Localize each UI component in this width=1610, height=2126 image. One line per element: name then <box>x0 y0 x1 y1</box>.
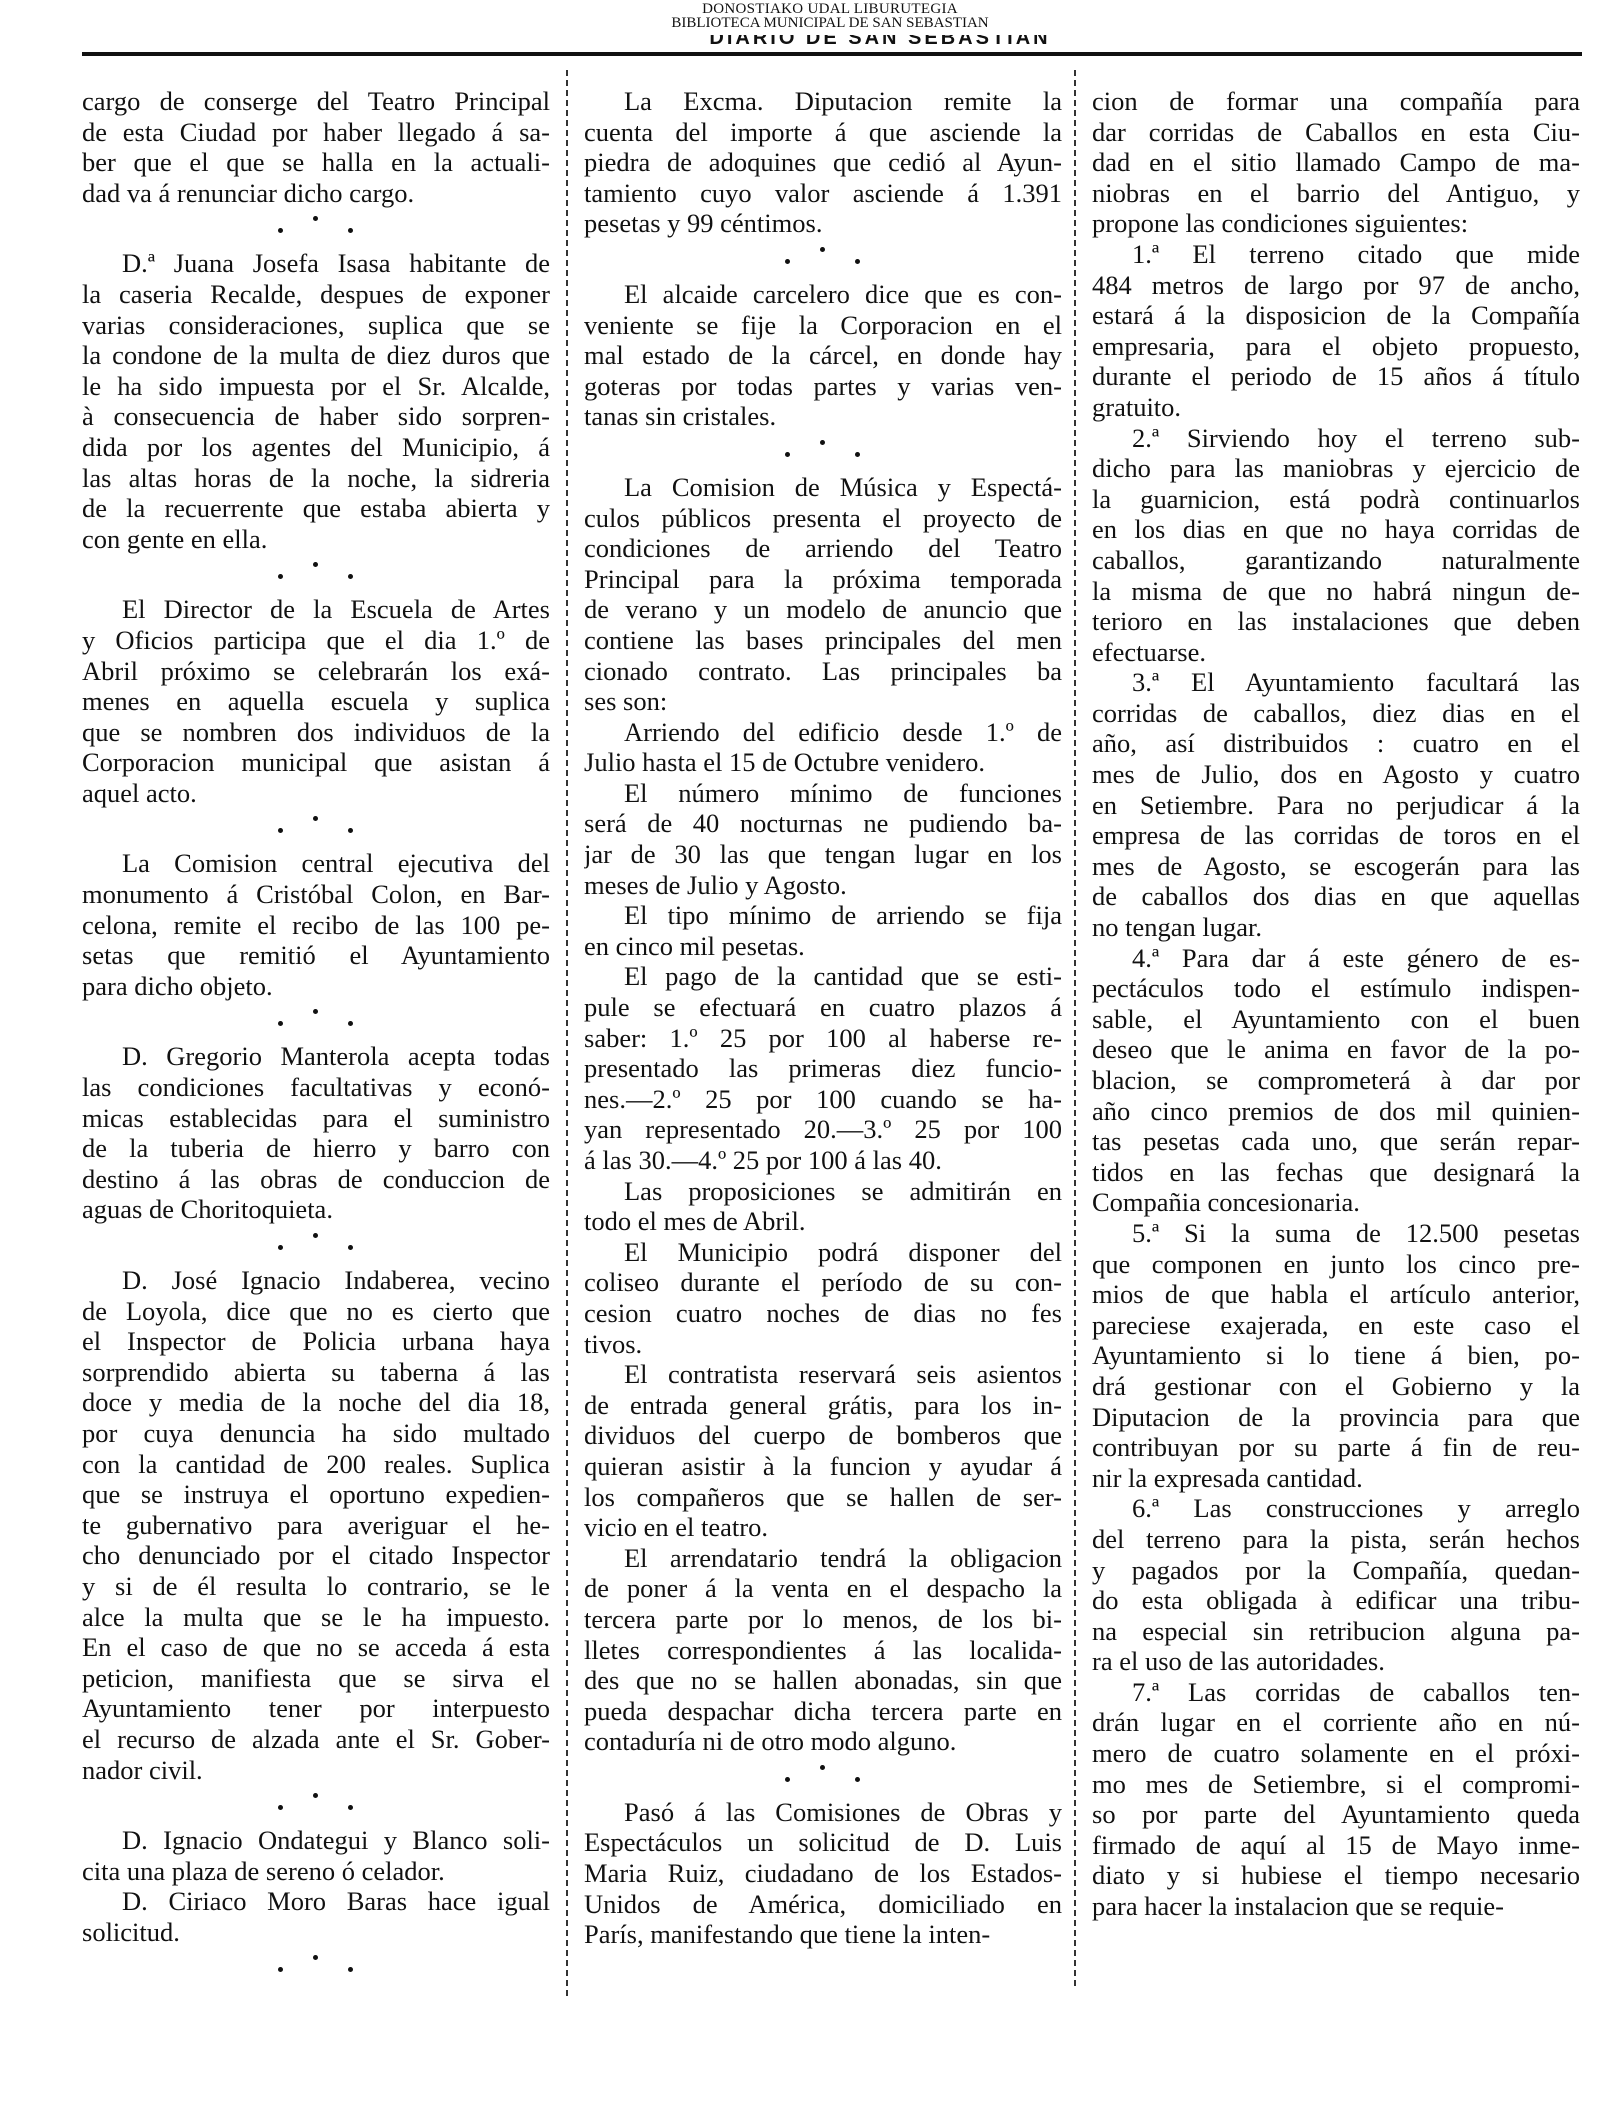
column-3: cion de formar una compañía paradar corr… <box>1092 86 1580 1922</box>
text-line: contiene las bases principales del men <box>584 625 1062 656</box>
separator-dot <box>278 828 283 833</box>
text-line: cita una plaza de sereno ó celador. <box>82 1856 550 1887</box>
text-line: 1.ª El terreno citado que mide <box>1092 239 1580 270</box>
text-line: drá gestionar con el Gobierno y la <box>1092 1371 1580 1402</box>
separator-dot <box>278 574 283 579</box>
paragraph: D. Ciriaco Moro Baras hace igualsolicitu… <box>82 1886 550 1947</box>
separator-dot <box>855 452 860 457</box>
separator-dot <box>313 562 318 567</box>
text-line: nador civil. <box>82 1755 550 1786</box>
text-line: micas establecidas para el suministro <box>82 1103 550 1134</box>
text-line: mero de cuatro solamente en el próxi- <box>1092 1738 1580 1769</box>
text-line: veniente se fije la Corporacion en el <box>584 310 1062 341</box>
paragraph: cion de formar una compañía paradar corr… <box>1092 86 1580 239</box>
text-line: la guarnicion, está podrà continuarlos <box>1092 484 1580 515</box>
text-line: D. Gregorio Manterola acepta todas <box>82 1041 550 1072</box>
text-line: sorprendido abierta su taberna á las <box>82 1357 550 1388</box>
text-line: El pago de la cantidad que se esti- <box>584 961 1062 992</box>
text-line: quieran asistir à la funcion y ayudar á <box>584 1451 1062 1482</box>
text-line: de la recuerrente que estaba abierta y <box>82 493 550 524</box>
paragraph: 7.ª Las corridas de caballos ten-drán lu… <box>1092 1677 1580 1922</box>
paragraph: D.ª Juana Josefa Isasa habitante dela ca… <box>82 248 550 554</box>
text-line: Julio hasta el 15 de Octubre venidero. <box>584 747 1062 778</box>
text-line: peticion, manifiesta que se sirva el <box>82 1663 550 1694</box>
text-line: empresa de las corridas de toros en el <box>1092 820 1580 851</box>
separator-dot <box>313 216 318 221</box>
text-line: la misma de que no habrá ningun de- <box>1092 576 1580 607</box>
text-line: tercera parte por lo menos, de los bi- <box>584 1604 1062 1635</box>
text-line: El Municipio podrá disponer del <box>584 1237 1062 1268</box>
text-line: 7.ª Las corridas de caballos ten- <box>1092 1677 1580 1708</box>
text-line: D. José Ignacio Indaberea, vecino <box>82 1265 550 1296</box>
section-separator <box>82 1947 550 1987</box>
separator-dot <box>278 1245 283 1250</box>
separator-dot <box>348 228 353 233</box>
text-line: La Comision de Música y Espectá- <box>584 472 1062 503</box>
text-line: caballos, garantizando naturalmente <box>1092 545 1580 576</box>
text-line: que se instruya el oportuno expedien- <box>82 1479 550 1510</box>
library-stamp-spanish: BIBLIOTECA MUNICIPAL DE SAN SEBASTIAN <box>600 16 1060 30</box>
text-line: El Director de la Escuela de Artes <box>82 594 550 625</box>
text-line: 5.ª Si la suma de 12.500 pesetas <box>1092 1218 1580 1249</box>
text-line: á las 30.—4.º 25 por 100 á las 40. <box>584 1145 1062 1176</box>
text-line: contaduría ni de otro modo alguno. <box>584 1726 1062 1757</box>
separator-dot <box>278 1805 283 1810</box>
text-line: estará á la disposicion de la Compañía <box>1092 300 1580 331</box>
text-line: dad en el sitio llamado Campo de ma- <box>1092 147 1580 178</box>
paragraph: 6.ª Las construcciones y arreglodel terr… <box>1092 1493 1580 1677</box>
text-line: tas pesetas cada uno, que serán repar- <box>1092 1126 1580 1157</box>
section-separator <box>82 808 550 848</box>
text-line: en Setiembre. Para no perjudicar á la <box>1092 790 1580 821</box>
text-line: La Comision central ejecutiva del <box>82 848 550 879</box>
text-line: la condone de la multa de diez duros que <box>82 340 550 371</box>
text-line: mes de Julio, dos en Agosto y cuatro <box>1092 759 1580 790</box>
separator-dot <box>278 228 283 233</box>
text-line: saber: 1.º 25 por 100 al haberse re- <box>584 1023 1062 1054</box>
text-line: que se nombren dos individuos de la <box>82 717 550 748</box>
paragraph: D. Gregorio Manterola acepta todaslas co… <box>82 1041 550 1225</box>
text-line: no tengan lugar. <box>1092 912 1580 943</box>
separator-dot <box>313 816 318 821</box>
text-line: Unidos de América, domiciliado en <box>584 1889 1062 1920</box>
text-line: El contratista reservará seis asientos <box>584 1359 1062 1390</box>
paragraph: La Comision central ejecutiva delmonumen… <box>82 848 550 1001</box>
text-line: de verano y un modelo de anuncio que <box>584 594 1062 625</box>
paragraph: El contratista reservará seis asientosde… <box>584 1359 1062 1543</box>
text-line: D. Ignacio Ondategui y Blanco soli- <box>82 1825 550 1856</box>
text-line: blacion, se comprometerá à dar por <box>1092 1065 1580 1096</box>
text-line: terioro en las instalaciones que deben <box>1092 606 1580 637</box>
text-line: te gubernativo para averiguar el he- <box>82 1510 550 1541</box>
text-line: mo mes de Setiembre, si el compromi- <box>1092 1769 1580 1800</box>
text-line: à consecuencia de haber sido sorpren- <box>82 401 550 432</box>
text-line: El alcaide carcelero dice que es con- <box>584 279 1062 310</box>
text-line: de poner á la venta en el despacho la <box>584 1573 1062 1604</box>
text-line: solicitud. <box>82 1917 550 1948</box>
text-line: las condiciones facultativas y econó- <box>82 1072 550 1103</box>
paragraph: Arriendo del edificio desde 1.º deJulio … <box>584 717 1062 778</box>
text-line: nir la expresada cantidad. <box>1092 1463 1580 1494</box>
separator-dot <box>278 1967 283 1972</box>
text-line: empresaria, para el objeto propuesto, <box>1092 331 1580 362</box>
separator-dot <box>785 1777 790 1782</box>
text-line: y Oficios participa que el dia 1.º de <box>82 625 550 656</box>
separator-dot <box>348 1245 353 1250</box>
text-line: el Inspector de Policia urbana haya <box>82 1326 550 1357</box>
text-line: será de 40 nocturnas ne pudiendo ba- <box>584 808 1062 839</box>
paragraph: La Excma. Diputacion remite lacuenta del… <box>584 86 1062 239</box>
text-line: Principal para la próxima temporada <box>584 564 1062 595</box>
text-line: cion de formar una compañía para <box>1092 86 1580 117</box>
text-line: meses de Julio y Agosto. <box>584 870 1062 901</box>
text-line: Ayuntamiento tener por interpuesto <box>82 1693 550 1724</box>
text-line: El arrendatario tendrá la obligacion <box>584 1543 1062 1574</box>
separator-dot <box>313 1233 318 1238</box>
text-line: contribuyan por su parte á fin de reu- <box>1092 1432 1580 1463</box>
separator-dot <box>820 247 825 252</box>
text-line: Maria Ruiz, ciudadano de los Estados- <box>584 1858 1062 1889</box>
separator-dot <box>348 1805 353 1810</box>
text-line: corridas de caballos, diez dias en el <box>1092 698 1580 729</box>
text-line: jar de 30 las que tengan lugar en los <box>584 839 1062 870</box>
text-line: yan representado 20.—3.º 25 por 100 <box>584 1114 1062 1145</box>
section-separator <box>82 1001 550 1041</box>
text-line: dividuos del cuerpo de bomberos que <box>584 1420 1062 1451</box>
text-line: lletes correspondientes á las localida- <box>584 1635 1062 1666</box>
text-line: nes.—2.º 25 por 100 cuando se ha- <box>584 1084 1062 1115</box>
text-line: dad va á renunciar dicho cargo. <box>82 178 550 209</box>
column-divider-left <box>566 70 568 2000</box>
column-1: cargo de conserge del Teatro Principalde… <box>82 86 550 1987</box>
text-line: y pagados por la Compañía, quedan- <box>1092 1555 1580 1586</box>
text-line: mios de que habla el artículo anterior, <box>1092 1279 1580 1310</box>
paragraph: D. José Ignacio Indaberea, vecinode Loyo… <box>82 1265 550 1785</box>
text-line: con gente en ella. <box>82 524 550 555</box>
text-line: na especial sin retribucion alguna pa- <box>1092 1616 1580 1647</box>
text-line: y si de él resulta lo contrario, se le <box>82 1571 550 1602</box>
text-line: pesetas y 99 céntimos. <box>584 208 1062 239</box>
paragraph: El Director de la Escuela de Artesy Ofic… <box>82 594 550 808</box>
text-line: ses son: <box>584 686 1062 717</box>
section-separator <box>584 239 1062 279</box>
section-separator <box>82 554 550 594</box>
text-line: aquel acto. <box>82 778 550 809</box>
page-header: DONOSTIAKO UDAL LIBURUTEGIA BIBLIOTECA M… <box>0 0 1610 60</box>
paragraph: El tipo mínimo de arriendo se fijaen cin… <box>584 900 1062 961</box>
text-line: dicho para las maniobras y ejercicio de <box>1092 453 1580 484</box>
paragraph: cargo de conserge del Teatro Principalde… <box>82 86 550 208</box>
text-line: Espectáculos un solicitud de D. Luis <box>584 1827 1062 1858</box>
section-separator <box>584 432 1062 472</box>
text-line: París, manifestando que tiene la inten- <box>584 1919 1062 1950</box>
text-line: para hacer la instalacion que se requie- <box>1092 1891 1580 1922</box>
text-line: monumento á Cristóbal Colon, en Bar- <box>82 879 550 910</box>
text-line: de caballos dos dias en que aquellas <box>1092 881 1580 912</box>
text-line: cesion cuatro noches de dias no fes <box>584 1298 1062 1329</box>
separator-dot <box>348 828 353 833</box>
text-line: por cuya denuncia ha sido multado <box>82 1418 550 1449</box>
text-line: efectuarse. <box>1092 637 1580 668</box>
section-separator <box>82 1225 550 1265</box>
text-line: gratuito. <box>1092 392 1580 423</box>
text-line: cargo de conserge del Teatro Principal <box>82 86 550 117</box>
text-line: setas que remitió el Ayuntamiento <box>82 940 550 971</box>
paragraph: El pago de la cantidad que se esti-pule … <box>584 961 1062 1175</box>
text-line: pule se efectuará en cuatro plazos á <box>584 992 1062 1023</box>
text-line: Las proposiciones se admitirán en <box>584 1176 1062 1207</box>
text-line: mes de Agosto, se escogerán para las <box>1092 851 1580 882</box>
separator-dot <box>278 1021 283 1026</box>
text-line: deseo que le anima en favor de la po- <box>1092 1034 1580 1065</box>
text-line: de la tuberia de hierro y barro con <box>82 1133 550 1164</box>
paragraph: Pasó á las Comisiones de Obras yEspectác… <box>584 1797 1062 1950</box>
text-line: 484 metros de largo por 97 de ancho, <box>1092 270 1580 301</box>
text-line: destino á las obras de conduccion de <box>82 1164 550 1195</box>
text-line: de entrada general grátis, para los in- <box>584 1390 1062 1421</box>
separator-dot <box>855 1777 860 1782</box>
text-line: varias consideraciones, suplica que se <box>82 310 550 341</box>
text-line: cionado contrato. Las principales ba <box>584 656 1062 687</box>
text-line: 6.ª Las construcciones y arreglo <box>1092 1493 1580 1524</box>
column-2: La Excma. Diputacion remite lacuenta del… <box>584 86 1062 1950</box>
text-line: des que no se hallen abonadas, sin que <box>584 1665 1062 1696</box>
text-line: del terreno para la pista, serán hechos <box>1092 1524 1580 1555</box>
paragraph: El arrendatario tendrá la obligacionde p… <box>584 1543 1062 1757</box>
paragraph: El Municipio podrá disponer delcoliseo d… <box>584 1237 1062 1359</box>
separator-dot <box>820 1765 825 1770</box>
separator-dot <box>348 1967 353 1972</box>
text-line: 4.ª Para dar á este género de es- <box>1092 943 1580 974</box>
text-line: con la cantidad de 200 reales. Suplica <box>82 1449 550 1480</box>
paragraph: El alcaide carcelero dice que es con-ven… <box>584 279 1062 432</box>
column-divider-right <box>1074 70 1076 1990</box>
paragraph: 3.ª El Ayuntamiento facultará lascorrida… <box>1092 667 1580 942</box>
text-line: drán lugar en el corriente año en nú- <box>1092 1707 1580 1738</box>
text-line: El tipo mínimo de arriendo se fija <box>584 900 1062 931</box>
text-line: presentado las primeras diez funcio- <box>584 1053 1062 1084</box>
text-line: 2.ª Sirviendo hoy el terreno sub- <box>1092 423 1580 454</box>
text-line: cuenta del importe á que asciende la <box>584 117 1062 148</box>
separator-dot <box>348 574 353 579</box>
text-line: propone las condiciones siguientes: <box>1092 208 1580 239</box>
text-line: Arriendo del edificio desde 1.º de <box>584 717 1062 748</box>
text-line: que componen en junto los cinco pre- <box>1092 1249 1580 1280</box>
text-line: tivos. <box>584 1329 1062 1360</box>
separator-dot <box>313 1955 318 1960</box>
paragraph: Las proposiciones se admitirán entodo el… <box>584 1176 1062 1237</box>
text-line: pareciese exajerada, en este caso el <box>1092 1310 1580 1341</box>
section-separator <box>82 1785 550 1825</box>
text-line: le ha sido impuesta por el Sr. Alcalde, <box>82 371 550 402</box>
text-line: de esta Ciudad por haber llegado á sa- <box>82 117 550 148</box>
text-line: firmado de aquí al 15 de Mayo inme- <box>1092 1830 1580 1861</box>
text-line: cho denunciado por el citado Inspector <box>82 1540 550 1571</box>
text-line: condiciones de arriendo del Teatro <box>584 533 1062 564</box>
text-line: dida por los agentes del Municipio, á <box>82 432 550 463</box>
text-line: pueda despachar dicha tercera parte en <box>584 1696 1062 1727</box>
separator-dot <box>785 452 790 457</box>
text-line: año, así distribuidos : cuatro en el <box>1092 728 1580 759</box>
text-line: ra el uso de las autoridades. <box>1092 1646 1580 1677</box>
text-line: Ayuntamiento si lo tiene á bien, po- <box>1092 1340 1580 1371</box>
header-rule <box>82 52 1582 56</box>
text-line: el recurso de alzada ante el Sr. Gober- <box>82 1724 550 1755</box>
text-line: en cinco mil pesetas. <box>584 931 1062 962</box>
text-line: las altas horas de la noche, la sidreria <box>82 463 550 494</box>
text-line: tidos en las fechas que designará la <box>1092 1157 1580 1188</box>
separator-dot <box>348 1021 353 1026</box>
text-line: 3.ª El Ayuntamiento facultará las <box>1092 667 1580 698</box>
text-line: coliseo durante el período de su con- <box>584 1267 1062 1298</box>
text-line: menes en aquella escuela y suplica <box>82 686 550 717</box>
text-line: los compañeros que se hallen de ser- <box>584 1482 1062 1513</box>
text-line: dar corridas de Caballos en esta Ciu- <box>1092 117 1580 148</box>
text-line: año cinco premios de dos mil quinien- <box>1092 1096 1580 1127</box>
text-line: de Loyola, dice que no es cierto que <box>82 1296 550 1327</box>
text-line: D. Ciriaco Moro Baras hace igual <box>82 1886 550 1917</box>
text-line: todo el mes de Abril. <box>584 1206 1062 1237</box>
paragraph: 1.ª El terreno citado que mide484 metros… <box>1092 239 1580 423</box>
separator-dot <box>313 1009 318 1014</box>
text-line: vicio en el teatro. <box>584 1512 1062 1543</box>
text-line: ber que el que se halla en la actuali- <box>82 147 550 178</box>
text-line: so por parte del Ayuntamiento queda <box>1092 1799 1580 1830</box>
text-line: Diputacion de la provincia para que <box>1092 1402 1580 1433</box>
newspaper-masthead: DIARIO DE SAN SEBASTIAN <box>600 28 1160 48</box>
text-line: Corporacion municipal que asistan á <box>82 747 550 778</box>
text-line: niobras en el barrio del Antiguo, y <box>1092 178 1580 209</box>
text-line: diato y si hubiese el tiempo necesario <box>1092 1860 1580 1891</box>
text-line: tanas sin cristales. <box>584 401 1062 432</box>
text-line: goteras por todas partes y varias ven- <box>584 371 1062 402</box>
separator-dot <box>785 259 790 264</box>
section-separator <box>584 1757 1062 1797</box>
text-line: doce y media de la noche del dia 18, <box>82 1387 550 1418</box>
paragraph: D. Ignacio Ondategui y Blanco soli-cita … <box>82 1825 550 1886</box>
text-line: Abril próximo se celebrarán los exá- <box>82 656 550 687</box>
text-line: Compañia concesionaria. <box>1092 1187 1580 1218</box>
paragraph: La Comision de Música y Espectá-culos pú… <box>584 472 1062 717</box>
separator-dot <box>313 1793 318 1798</box>
text-line: la caseria Recalde, despues de exponer <box>82 279 550 310</box>
paragraph: 2.ª Sirviendo hoy el terreno sub-dicho p… <box>1092 423 1580 668</box>
text-line: durante el periodo de 15 años á título <box>1092 361 1580 392</box>
text-line: pectáculos todo el estímulo indispen- <box>1092 973 1580 1004</box>
text-line: mal estado de la cárcel, en donde hay <box>584 340 1062 371</box>
library-stamp-basque: DONOSTIAKO UDAL LIBURUTEGIA <box>600 2 1060 16</box>
text-line: En el caso de que no se acceda á esta <box>82 1632 550 1663</box>
text-line: La Excma. Diputacion remite la <box>584 86 1062 117</box>
separator-dot <box>820 440 825 445</box>
text-line: sable, el Ayuntamiento con el buen <box>1092 1004 1580 1035</box>
text-line: D.ª Juana Josefa Isasa habitante de <box>82 248 550 279</box>
text-line: El número mínimo de funciones <box>584 778 1062 809</box>
text-line: aguas de Choritoquieta. <box>82 1194 550 1225</box>
paragraph: 5.ª Si la suma de 12.500 pesetasque comp… <box>1092 1218 1580 1493</box>
separator-dot <box>855 259 860 264</box>
text-line: celona, remite el recibo de las 100 pe- <box>82 910 550 941</box>
paragraph: El número mínimo de funcionesserá de 40 … <box>584 778 1062 900</box>
text-line: en los dias en que no haya corridas de <box>1092 514 1580 545</box>
text-line: tamiento cuyo valor asciende á 1.391 <box>584 178 1062 209</box>
text-line: piedra de adoquines que cedió al Ayun- <box>584 147 1062 178</box>
text-line: para dicho objeto. <box>82 971 550 1002</box>
paragraph: 4.ª Para dar á este género de es-pectácu… <box>1092 943 1580 1218</box>
text-line: alce la multa que se le ha impuesto. <box>82 1602 550 1633</box>
text-line: do esta obligada à edificar una tribu- <box>1092 1585 1580 1616</box>
text-line: Pasó á las Comisiones de Obras y <box>584 1797 1062 1828</box>
text-line: culos públicos presenta el proyecto de <box>584 503 1062 534</box>
section-separator <box>82 208 550 248</box>
